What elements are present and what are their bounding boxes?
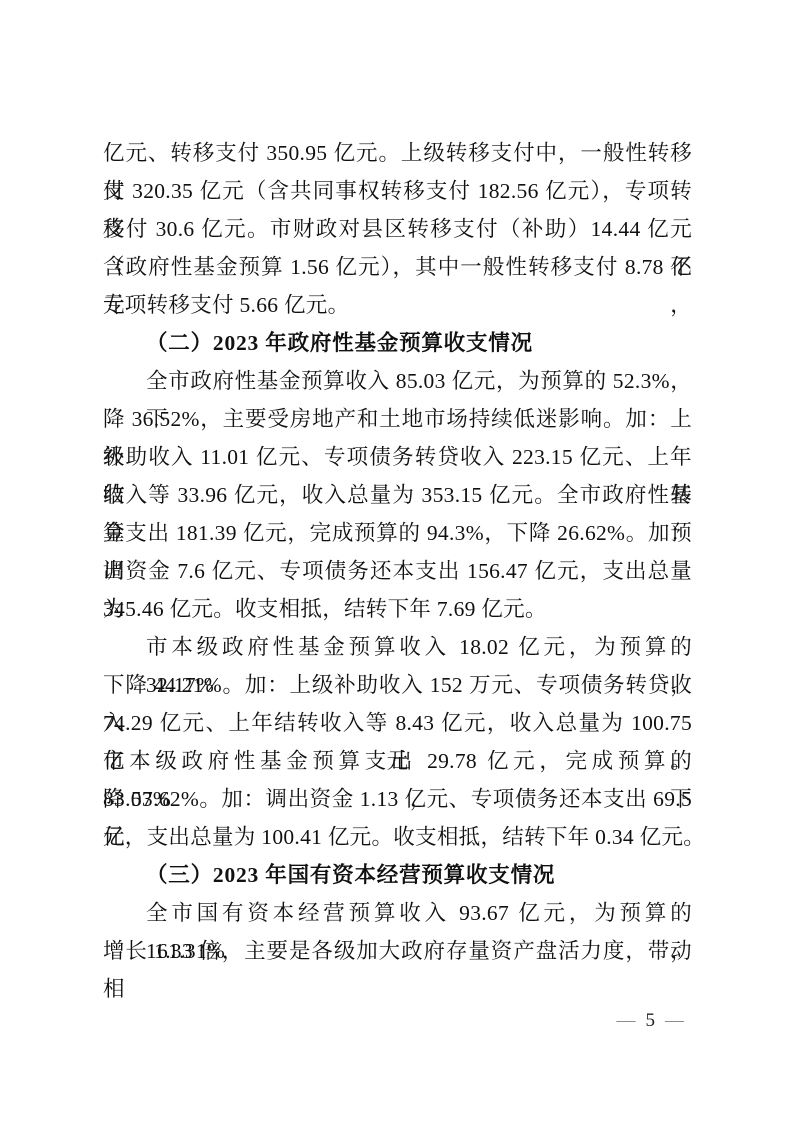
section-heading: （三）2023 年国有资本经营预算收支情况 [103, 856, 692, 894]
footer-dash-left: — [610, 1010, 644, 1031]
text-line: 付 320.35 亿元（含共同事权转移支付 182.56 亿元），专项转移 [103, 172, 692, 210]
text-line: 元，支出总量为 100.41 亿元。收支相抵，结转下年 0.34 亿元。 [103, 818, 692, 856]
text-line: 下降 44.21%。加：上级补助收入 152 万元、专项债务转贷收入 [103, 666, 692, 704]
text-line: 345.46 亿元。收支相抵，结转下年 7.69 亿元。 [103, 590, 692, 628]
text-line: 支付 30.6 亿元。市财政对县区转移支付（补助）14.44 亿元（不 [103, 210, 692, 248]
text-line: 含政府性基金预算 1.56 亿元），其中一般性转移支付 8.78 亿元， [103, 248, 692, 286]
page-number: 5 [644, 1010, 659, 1031]
text-line: 全市政府性基金预算收入 85.03 亿元，为预算的 52.3%，下 [103, 362, 692, 400]
section-heading: （二）2023 年政府性基金预算收支情况 [103, 324, 692, 362]
text-line: 收入等 33.96 亿元，收入总量为 353.15 亿元。全市政府性基金预 [103, 476, 692, 514]
page-footer: —5— [610, 1006, 693, 1036]
text-line: 降 36.52%，主要受房地产和土地市场持续低迷影响。加：上级 [103, 400, 692, 438]
document-page: 亿元、转移支付 350.95 亿元。上级转移支付中，一般性转移支付 320.35… [0, 0, 793, 1122]
text-line: 74.29 亿元、上年结转收入等 8.43 亿元，收入总量为 100.75 亿元… [103, 704, 692, 742]
text-line: 补助收入 11.01 亿元、专项债务转贷收入 223.15 亿元、上年结转 [103, 438, 692, 476]
text-line: 算支出 181.39 亿元，完成预算的 94.3%，下降 26.62%。加：调 [103, 514, 692, 552]
text-line: 出资金 7.6 亿元、专项债务还本支出 156.47 亿元，支出总量为 [103, 552, 692, 590]
text-line: 市本级政府性基金预算支出 29.78 亿元，完成预算的 83.03%，下 [103, 742, 692, 780]
text-line: 全市国有资本经营预算收入 93.67 亿元，为预算的 161.31%， [103, 894, 692, 932]
document-body: 亿元、转移支付 350.95 亿元。上级转移支付中，一般性转移支付 320.35… [103, 134, 692, 970]
text-line: 市本级政府性基金预算收入 18.02 亿元，为预算的 32.17%， [103, 628, 692, 666]
text-line: 增长 1.33 倍，主要是各级加大政府存量资产盘活力度，带动相 [103, 932, 692, 970]
footer-dash-right: — [658, 1010, 692, 1031]
text-line: 亿元、转移支付 350.95 亿元。上级转移支付中，一般性转移支 [103, 134, 692, 172]
text-line: 降 57.62%。加：调出资金 1.13 亿元、专项债务还本支出 69.5 亿 [103, 780, 692, 818]
